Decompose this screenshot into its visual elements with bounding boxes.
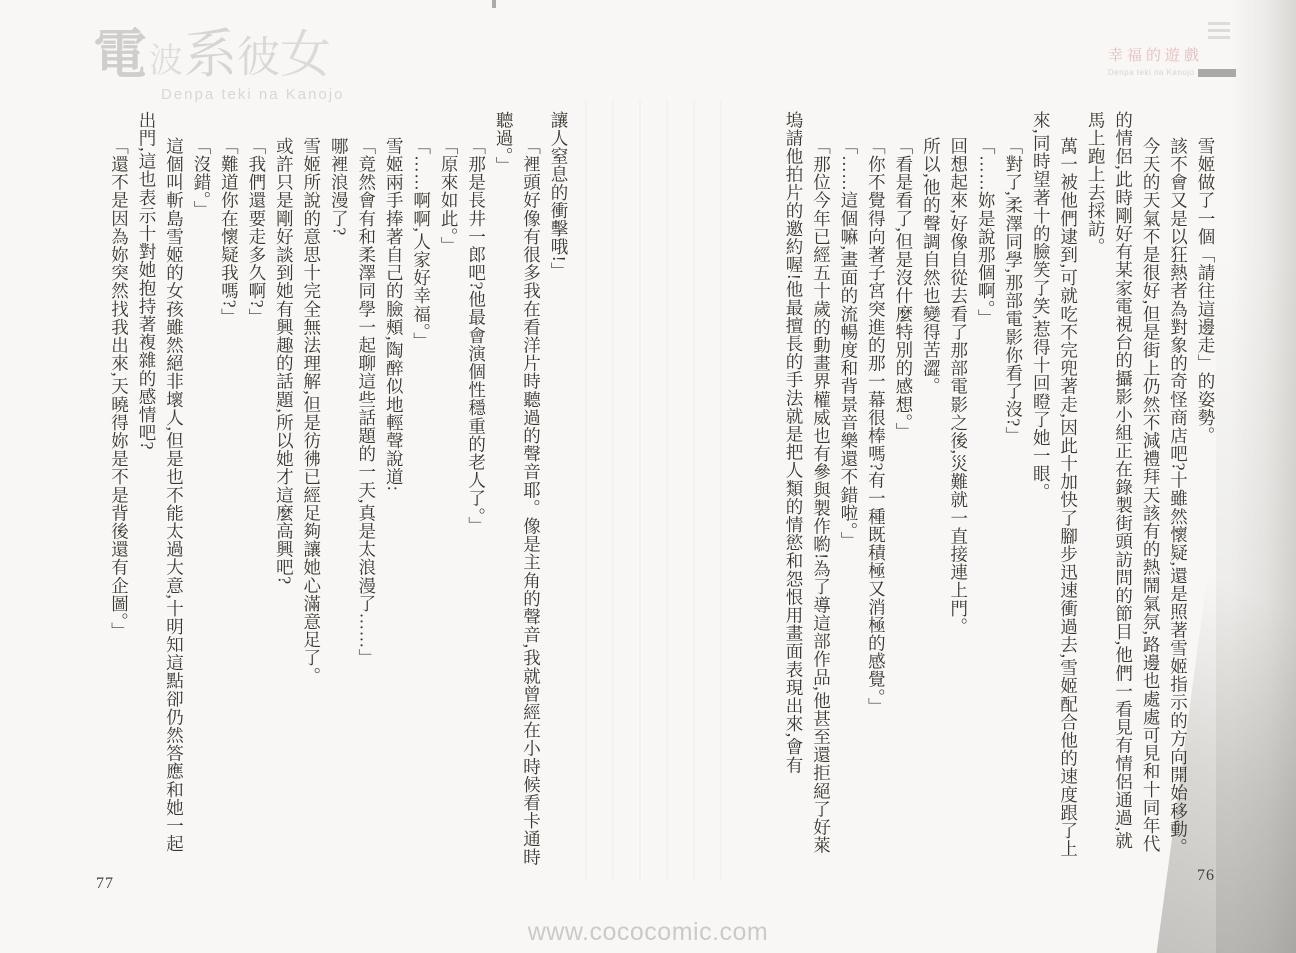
running-head-romaji: Denpa teki na Kanojo — [1108, 68, 1195, 77]
scan-speck — [492, 0, 496, 8]
running-head-subtitle: Denpa teki na Kanojo — [1108, 68, 1268, 77]
page-number-right: 76 — [1197, 867, 1215, 885]
paragraph: 該不會又是以狂熱者為對象的奇怪商店吧?十雖然懷疑,還是照著雪姬指示的方向開始移動… — [1164, 111, 1191, 868]
paragraph: 「……這個嘛,畫面的流暢度和背景音樂還不錯啦。」 — [834, 111, 861, 868]
paragraph: 回想起來,好像自從去看了那部電影之後,災難就一直接連上門。 — [944, 111, 971, 868]
series-logo-romaji: Denpa teki na Kanojo — [161, 86, 344, 103]
running-head-marks — [1208, 22, 1230, 42]
running-head-title: 幸福的遊戲 — [1108, 44, 1268, 65]
paragraph: 或許只是剛好談到她有興趣的話題,所以她才這麼高興吧? — [270, 111, 297, 868]
paragraph: 「……妳是說那個啊。」 — [972, 111, 999, 868]
paragraph: 「對了,柔澤同學,那部電影你看了沒?」 — [999, 111, 1026, 868]
logo-char: 女 — [280, 31, 331, 82]
running-head-publisher-mark — [1198, 69, 1236, 77]
gutter-bleedthrough — [585, 100, 735, 880]
logo-char: 彼 — [237, 37, 280, 80]
page-corner-shadow-soft — [1216, 253, 1296, 953]
logo-char: 系 — [184, 29, 237, 82]
page-left-text: 讓人窒息的衝擊哦!」「裡頭好像有很多我在看洋片時聽過的聲音耶。像是主角的聲音,我… — [72, 111, 572, 868]
watermark: www.cococomic.com — [528, 918, 769, 947]
paragraph: 「那位今年已經五十歲的動畫界權威也有參與製作喲!為了導這部作品,他甚至還拒絕了好… — [780, 111, 835, 868]
paragraph: 雪姬做了一個「請往這邊走」的姿勢。 — [1192, 111, 1219, 868]
paragraph: 「難道你在懷疑我嗎?」 — [215, 111, 242, 868]
paragraph: 「原來如此。」 — [435, 111, 462, 868]
paragraph: 「裡頭好像有很多我在看洋片時聽過的聲音耶。像是主角的聲音,我就曾經在小時候看卡通… — [490, 111, 545, 868]
page-number-left: 77 — [96, 875, 114, 893]
paragraph: 「我們還要走多久啊?」 — [242, 111, 269, 868]
logo-char: 電 — [93, 28, 147, 82]
series-logo-title: 電 波 系 彼 女 — [93, 28, 344, 82]
paragraph: 「竟然會有和柔澤同學一起聊這些話題的一天,真是太浪漫了……」 — [352, 111, 379, 868]
paragraph: 這個叫斬島雪姬的女孩雖然絕非壞人,但是也不能太過大意,十明知這點卻仍然答應和她一… — [133, 111, 188, 868]
paragraph: 哪裡浪漫了? — [325, 111, 352, 868]
paragraph: 所以,他的聲調自然也變得苦澀。 — [917, 111, 944, 868]
paragraph: 「看是看了,但是沒什麼特別的感想。」 — [889, 111, 916, 868]
logo-char: 波 — [149, 45, 183, 79]
series-logo: 電 波 系 彼 女 Denpa teki na Kanojo — [93, 28, 344, 103]
paragraph: 「還不是因為妳突然找我出來,天曉得妳是不是背後還有企圖。」 — [105, 111, 132, 868]
paragraph: 讓人窒息的衝擊哦!」 — [545, 111, 572, 868]
paragraph: 「那是長井一郎吧?他最會演個性穩重的老人了。」 — [462, 111, 489, 868]
paragraph: 萬一被他們逮到,可就吃不完兜著走,因此十加快了腳步迅速衝過去,雪姬配合他的速度跟… — [1027, 111, 1082, 868]
paragraph: 雪姬兩手捧著自己的臉頰,陶醉似地輕聲說道: — [380, 111, 407, 868]
paragraph: 「你不覺得向著子宮突進的那一幕很棒嗎?有一種既積極又消極的感覺。」 — [862, 111, 889, 868]
paragraph: 「沒錯。」 — [187, 111, 214, 868]
paragraph: 「……啊啊,人家好幸福。」 — [407, 111, 434, 868]
page-right-text: 雪姬做了一個「請往這邊走」的姿勢。該不會又是以狂熱者為對象的奇怪商店吧?十雖然懷… — [719, 111, 1219, 868]
paragraph: 今天的天氣不是很好,但是街上仍然不減禮拜天該有的熱鬧氣氛,路邊也處處可見和十同年… — [1082, 111, 1164, 868]
paragraph: 雪姬所說的意思十完全無法理解,但是彷彿已經足夠讓她心滿意足了。 — [297, 111, 324, 868]
page-edge-shadow — [1230, 0, 1296, 953]
running-head: 幸福的遊戲 Denpa teki na Kanojo — [1108, 44, 1268, 77]
